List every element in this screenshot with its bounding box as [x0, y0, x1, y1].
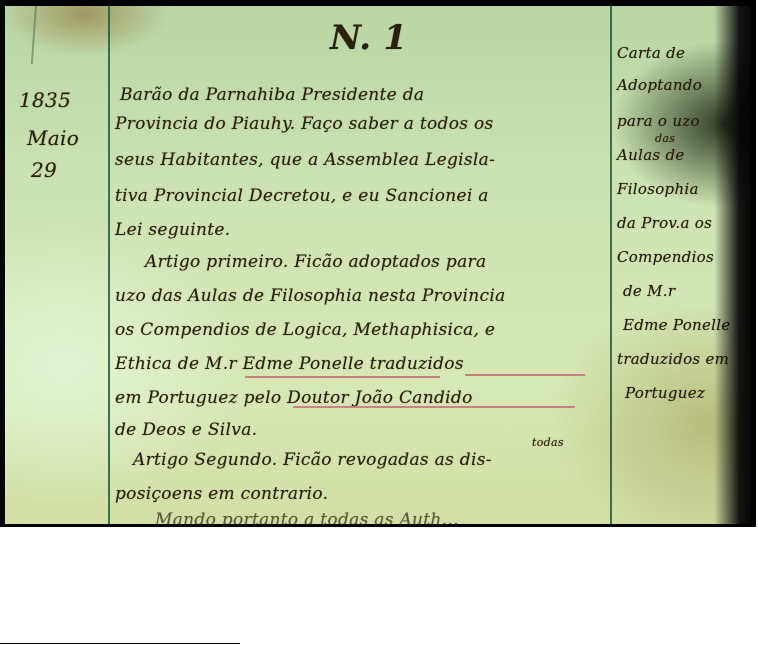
side-line-2: Adoptando: [617, 76, 702, 94]
margin-day: 29: [31, 158, 57, 182]
side-line-11: traduzidos em: [617, 350, 729, 368]
text-line-4: tiva Provincial Decretou, e eu Sancionei…: [115, 186, 489, 206]
text-line-3: seus Habitantes, que a Assemblea Legisla…: [115, 150, 495, 170]
text-line-9: Ethica de M.r Edme Ponelle traduzidos: [115, 354, 464, 374]
text-line-5: Lei seguinte.: [115, 220, 230, 240]
underline-traduzidos: [465, 374, 585, 376]
text-line-11: de Deos e Silva.: [115, 420, 257, 440]
side-line-8: Compendios: [617, 248, 714, 266]
text-line-8: os Compendios de Logica, Methaphisica, e: [115, 320, 495, 340]
photo-frame-right-shadow: [714, 0, 756, 527]
photo-frame-top: [0, 0, 756, 6]
text-line-10: em Portuguez pelo Doutor João Candido: [115, 388, 473, 408]
side-line-4: das: [655, 132, 675, 145]
underline-translator: [293, 406, 575, 408]
side-line-9: de M.r: [623, 282, 675, 300]
text-line-6: Artigo primeiro. Ficão adoptados para: [145, 252, 486, 272]
side-line-3: para o uzo: [617, 112, 700, 130]
text-line-13: posiçoens em contrario.: [115, 484, 328, 504]
page-number-heading: N. 1: [330, 18, 407, 58]
right-column-rule: [610, 4, 612, 524]
margin-month: Maio: [27, 126, 79, 150]
side-line-12: Portuguez: [625, 384, 705, 402]
faint-margin-rule: [31, 4, 37, 64]
side-line-1: Carta de: [617, 44, 685, 62]
interlinear-note: todas: [532, 436, 564, 449]
footnote-separator-rule: [0, 643, 240, 644]
side-line-6: Filosophia: [617, 180, 699, 198]
side-line-5: Aulas de: [617, 146, 685, 164]
text-line-1: Barão da Parnahiba Presidente da: [120, 80, 424, 106]
text-line-7: uzo das Aulas de Filosophia nesta Provin…: [115, 286, 506, 306]
text-line-12: Artigo Segundo. Ficão revogadas as dis-: [133, 450, 492, 470]
left-margin-rule: [108, 4, 110, 524]
manuscript-photo: N. 1 1835 Maio 29 Barão da Parnahiba Pre…: [0, 0, 756, 527]
side-line-7: da Prov.a os: [617, 214, 712, 232]
manuscript-paper: N. 1 1835 Maio 29 Barão da Parnahiba Pre…: [5, 4, 751, 524]
underline-edme-ponelle: [245, 376, 440, 378]
text-line-2: Provincia do Piauhy. Faço saber a todos …: [115, 114, 494, 134]
margin-year: 1835: [19, 88, 71, 112]
text-line-14-cut: Mando portanto a todas as Auth...: [155, 510, 459, 527]
